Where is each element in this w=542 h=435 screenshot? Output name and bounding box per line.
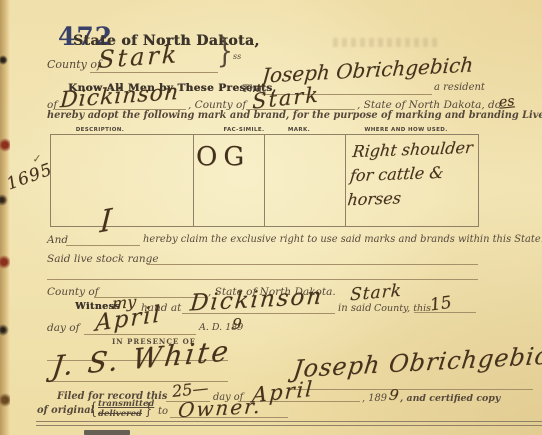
- col-header-mark: MARK.: [269, 127, 329, 133]
- do-suffix-handwritten: es: [498, 93, 515, 110]
- owner-signature-handwritten: Joseph Obrichgebich: [291, 341, 542, 383]
- filed-189-label: , 189: [362, 393, 387, 404]
- checkmark-handwritten: ✓: [31, 153, 41, 166]
- range-label: Said live stock range: [47, 253, 159, 265]
- ss-abbrev: ss: [233, 52, 241, 61]
- filed-year-digit-handwritten: 9: [388, 385, 400, 404]
- table-divider: [264, 135, 265, 226]
- col-header-where-used: WHERE AND HOW USED.: [356, 127, 456, 133]
- recipient-handwritten: Owner.: [177, 394, 263, 423]
- claimant-flourish-handwritten: I: [99, 202, 113, 240]
- county-value-handwritten: Stark: [98, 40, 180, 74]
- section-divider: [36, 425, 542, 426]
- ss-brace: }: [217, 31, 233, 71]
- brace-close: }: [145, 399, 153, 419]
- and-label: And: [47, 234, 68, 246]
- to-label: to: [158, 406, 168, 417]
- claim-text: hereby claim the exclusive right to use …: [143, 234, 542, 245]
- county-of-label: County of: [47, 58, 101, 71]
- blank-line: [66, 245, 140, 246]
- blank-line: [147, 264, 478, 265]
- delivered-option-struck: delivered: [98, 409, 142, 419]
- witness-year-digit-handwritten: 9: [231, 315, 242, 334]
- resident-label: a resident: [434, 82, 485, 93]
- witness-signature-handwritten: J. S. White: [50, 334, 233, 383]
- adopt-clause: hereby adopt the following mark and bran…: [47, 110, 542, 121]
- where-used-line: horses: [346, 184, 469, 212]
- certified-label: , and certified copy: [400, 393, 500, 404]
- where-used-handwritten: Right shoulder for cattle & horses: [346, 136, 474, 213]
- brace-open: {: [90, 399, 98, 419]
- blank-line: [94, 297, 206, 298]
- table-divider: [193, 135, 194, 226]
- blank-line: [47, 279, 478, 280]
- witness-county-handwritten: Stark: [350, 281, 403, 306]
- day-of-label: day of: [47, 322, 79, 334]
- blank-line: [90, 72, 218, 73]
- where-used-line: Right shoulder: [351, 136, 474, 164]
- brand-facsimile-handwritten: OG: [196, 142, 250, 172]
- document-page: 472 State of North Dakota, } ss County o…: [0, 0, 542, 435]
- signature-line: [290, 389, 533, 390]
- col-header-description: DESCRIPTION.: [60, 127, 140, 133]
- witness-day-handwritten: 15: [429, 293, 453, 316]
- ink-bleedthrough: [333, 38, 438, 47]
- registry-number-handwritten: 1695: [4, 160, 55, 195]
- of-original-label: of original: [37, 405, 94, 416]
- table-divider: [345, 135, 346, 226]
- book-binding-edge: [0, 0, 10, 435]
- county-of-3-label: County of: [47, 286, 99, 298]
- section-divider: [36, 421, 542, 422]
- next-entry-fragment: [84, 430, 130, 435]
